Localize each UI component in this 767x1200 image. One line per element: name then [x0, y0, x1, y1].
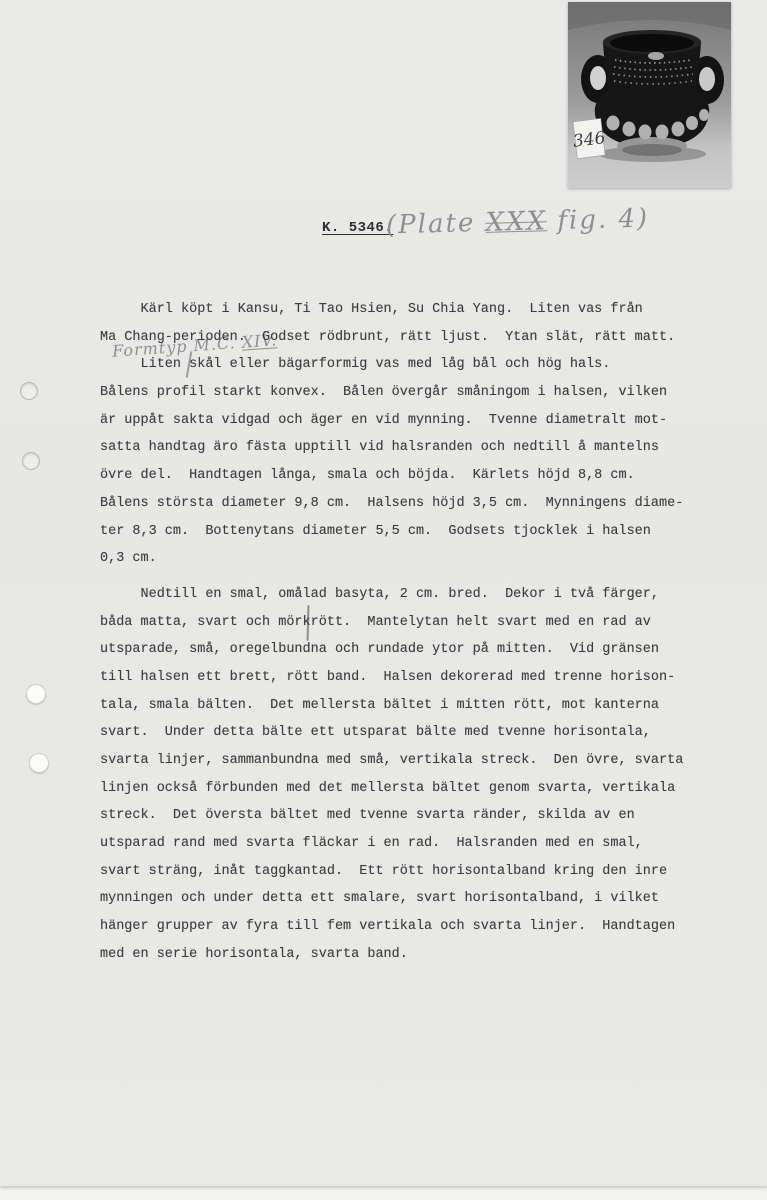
punch-hole-3	[26, 684, 46, 704]
plate-annotation-roman: XXX	[485, 206, 547, 238]
punch-hole-4	[29, 753, 49, 773]
catalog-number: K. 5346.	[322, 220, 393, 236]
typed-line: svart sträng, inåt taggkantad. Ett rött …	[100, 858, 720, 886]
typed-line: svarta linjer, sammanbundna med små, ver…	[100, 747, 720, 775]
punch-hole-2	[22, 452, 40, 470]
photo-number-text: 346	[572, 128, 607, 152]
typed-line: till halsen ett brett, rött band. Halsen…	[100, 664, 720, 692]
typed-line: med en serie horisontala, svarta band.	[100, 941, 720, 969]
typed-line: ter 8,3 cm. Bottenytans diameter 5,5 cm.…	[100, 518, 720, 546]
right-handle-hole	[699, 67, 715, 91]
typed-line: utsparad rand med svarta fläckar i en ra…	[100, 830, 720, 858]
typed-line: mynningen och under detta ett smalare, s…	[100, 885, 720, 913]
typed-line: övre del. Handtagen långa, smala och böj…	[100, 462, 720, 490]
typed-text-block: Kärl köpt i Kansu, Ti Tao Hsien, Su Chia…	[100, 296, 720, 969]
vessel-photo: 346	[568, 2, 731, 188]
typed-line: Kärl köpt i Kansu, Ti Tao Hsien, Su Chia…	[100, 296, 720, 324]
scanned-page: 346 K. 5346. (Plate XXX fig. 4) Formtyp …	[0, 0, 767, 1186]
typed-line: hänger grupper av fyra till fem vertikal…	[100, 913, 720, 941]
typed-line: streck. Det översta bältet med tvenne sv…	[100, 802, 720, 830]
typed-line: linjen också förbunden med det mellersta…	[100, 775, 720, 803]
plate-annotation-suffix: fig. 4)	[547, 204, 650, 237]
typed-line: 0,3 cm.	[100, 545, 720, 573]
left-handle-hole	[590, 66, 606, 90]
typed-line: tala, smala bälten. Det mellersta bältet…	[100, 692, 720, 720]
plate-annotation: (Plate XXX fig. 4)	[386, 204, 650, 241]
typed-line: Ma Chang-perioden. Godset rödbrunt, rätt…	[100, 324, 720, 352]
typed-line: Liten skål eller bägarformig vas med låg…	[100, 351, 720, 379]
typed-line: är uppåt sakta vidgad och äger en vid my…	[100, 407, 720, 435]
typed-line: båda matta, svart och mörkrött. Mantelyt…	[100, 609, 720, 637]
typed-line: Nedtill en smal, omålad basyta, 2 cm. br…	[100, 581, 720, 609]
typed-line: satta handtag äro fästa upptill vid hals…	[100, 434, 720, 462]
vessel-mouth	[610, 34, 694, 52]
typed-line: Bålens profil starkt konvex. Bålen överg…	[100, 379, 720, 407]
typed-line: svart. Under detta bälte ett utsparat bä…	[100, 719, 720, 747]
typed-line: Bålens största diameter 9,8 cm. Halsens …	[100, 490, 720, 518]
punch-hole-1	[20, 382, 38, 400]
typed-line: utsparade, små, oregelbundna och rundade…	[100, 636, 720, 664]
plate-annotation-prefix: (Plate	[386, 208, 486, 241]
vessel-illustration: 346	[568, 2, 731, 188]
